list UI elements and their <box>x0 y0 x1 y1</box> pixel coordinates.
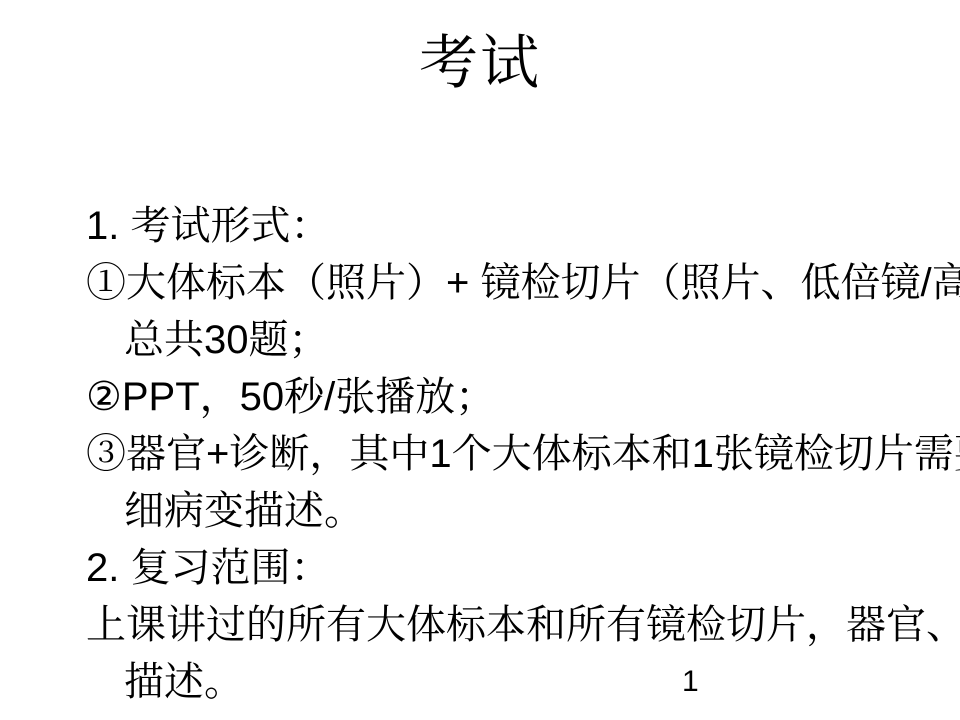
body-line-review-scope-continuation: 描述。 <box>86 654 926 711</box>
body-line-review-scope-heading: 2. 复习范围： <box>86 540 926 597</box>
body-line-item1: ①大体标本（照片）+ 镜检切片（照片、低倍镜/高倍镜）， <box>86 255 926 312</box>
page-number: 1 <box>682 667 699 697</box>
body-line-item1-continuation: 总共30题； <box>86 312 926 369</box>
body-line-exam-format-heading: 1. 考试形式： <box>86 198 926 255</box>
slide-body: 1. 考试形式： ①大体标本（照片）+ 镜检切片（照片、低倍镜/高倍镜）， 总共… <box>86 198 926 711</box>
body-line-item3-continuation: 细病变描述。 <box>86 483 926 540</box>
body-line-item2: ②PPT，50秒/张播放； <box>86 369 926 426</box>
slide-title: 考试 <box>0 30 960 98</box>
body-line-item3: ③器官+诊断，其中1个大体标本和1张镜检切片需要写详 <box>86 426 926 483</box>
body-line-review-scope: 上课讲过的所有大体标本和所有镜检切片，器官、诊断、 <box>86 597 926 654</box>
presentation-slide: 考试 1. 考试形式： ①大体标本（照片）+ 镜检切片（照片、低倍镜/高倍镜），… <box>0 0 960 720</box>
